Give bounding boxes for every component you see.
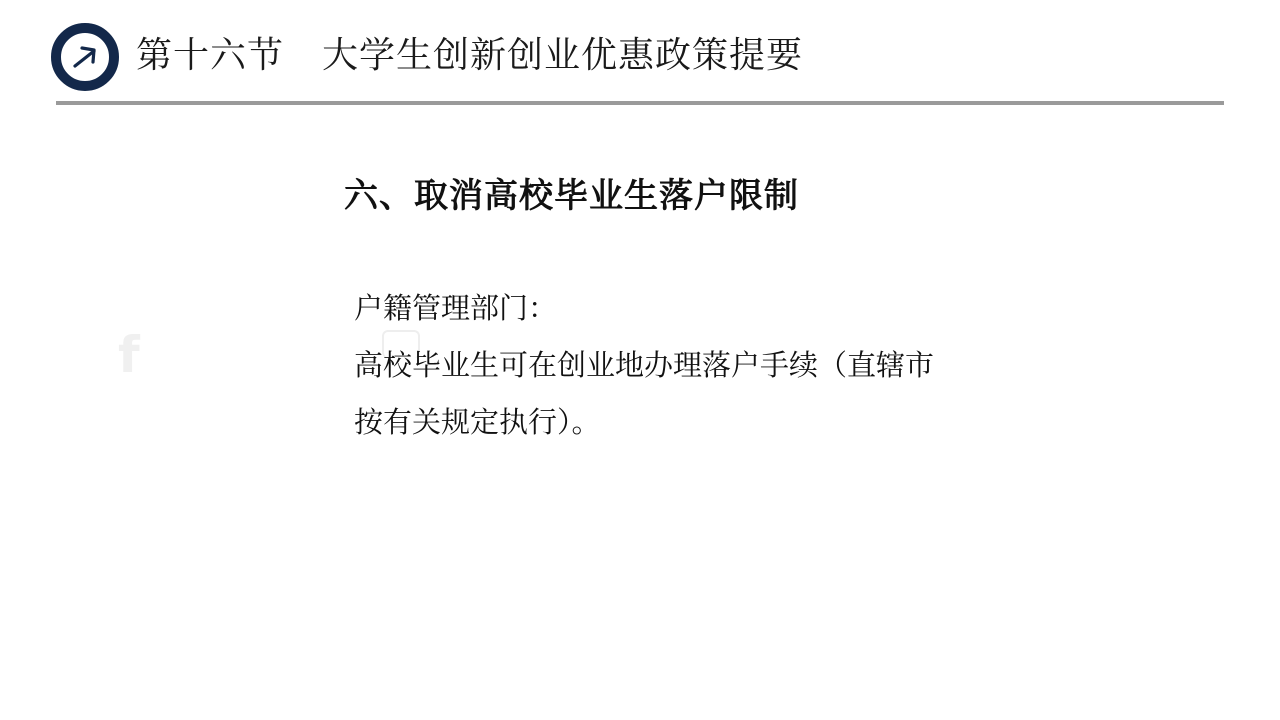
slide: 第十六节大学生创新创业优惠政策提要 六、取消高校毕业生落户限制 f 户籍管理部门…	[0, 0, 1280, 720]
section-title: 第十六节大学生创新创业优惠政策提要	[136, 32, 803, 80]
facebook-icon: f	[118, 330, 140, 380]
content-heading: 六、取消高校毕业生落户限制	[344, 172, 799, 220]
section-number: 第十六节	[136, 35, 284, 76]
body-line-policy-2: 按有关规定执行）。	[354, 394, 1034, 451]
body-line-policy-1: 高校毕业生可在创业地办理落户手续（直辖市	[354, 337, 1034, 394]
body-line-department: 户籍管理部门：	[354, 280, 1034, 337]
content-body: 户籍管理部门： 高校毕业生可在创业地办理落户手续（直辖市 按有关规定执行）。	[354, 280, 1034, 451]
arrow-up-right-circle-icon	[51, 23, 119, 91]
section-title-text: 大学生创新创业优惠政策提要	[322, 35, 803, 76]
header-divider	[56, 101, 1224, 105]
